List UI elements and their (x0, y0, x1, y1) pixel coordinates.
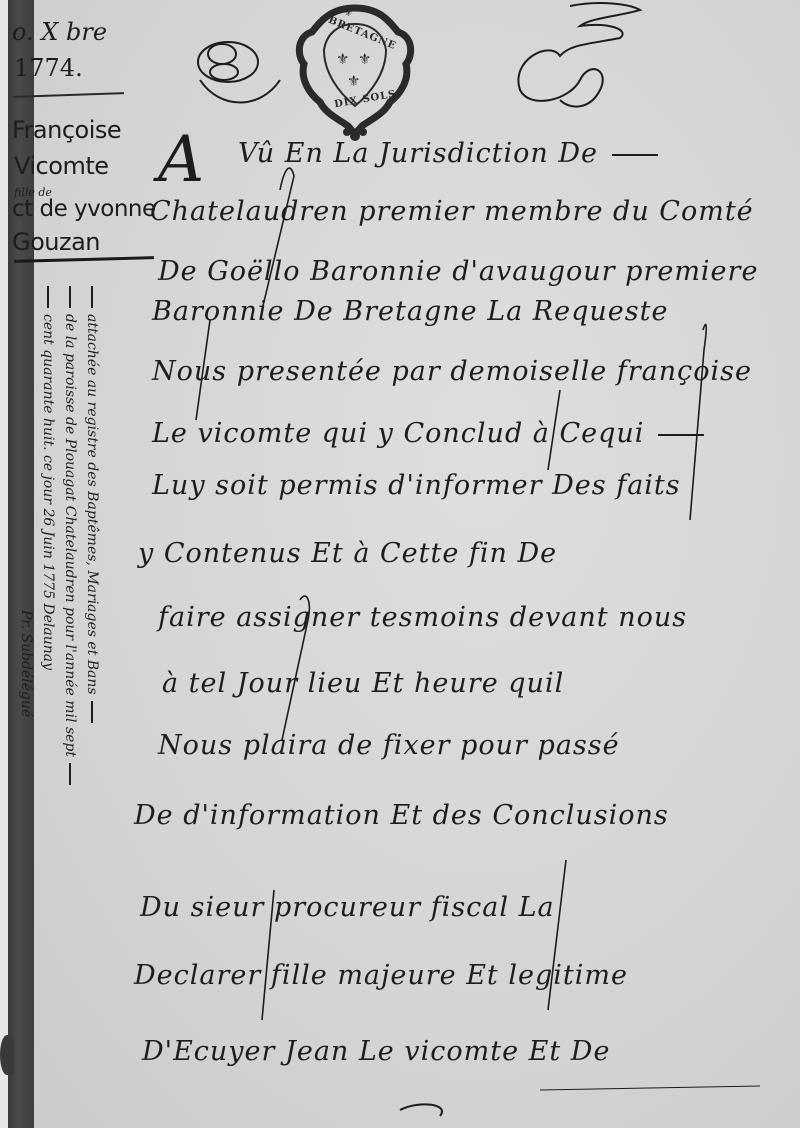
document-page: o. X bre 1774. Françoise Vicomte fille d… (0, 0, 800, 1128)
ink-ascender-strokes-icon (0, 0, 800, 1128)
